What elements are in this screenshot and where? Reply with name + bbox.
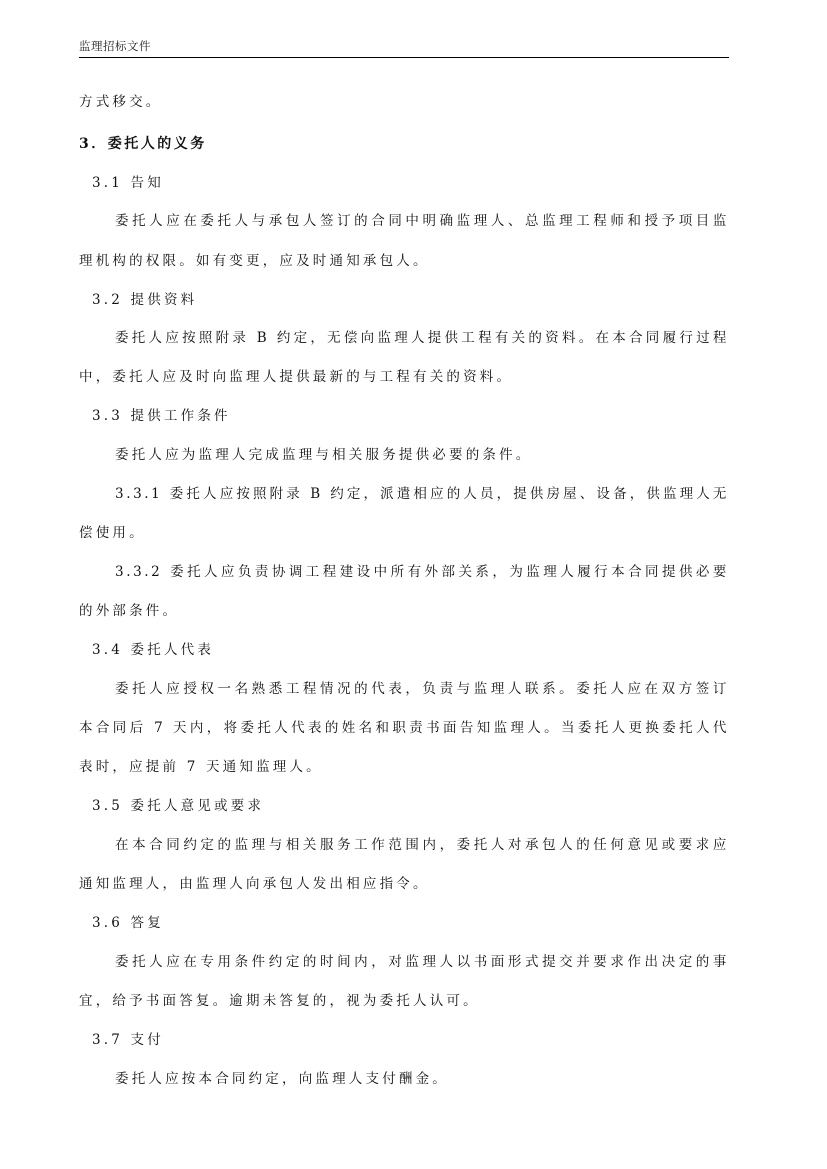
paragraph-line: 委托人应按本合同约定，向监理人支付酬金。 — [115, 1070, 449, 1088]
paragraph-line: 的外部条件。 — [79, 602, 179, 620]
section-heading: 3．委托人的义务 — [79, 135, 207, 153]
subsection-heading: 3.1 告知 — [92, 174, 164, 192]
subsection-heading: 3.7 支付 — [92, 1031, 164, 1049]
paragraph-line: 委托人应为监理人完成监理与相关服务提供必要的条件。 — [115, 446, 533, 464]
paragraph-line: 3.3.2 委托人应负责协调工程建设中所有外部关系，为监理人履行本合同提供必要 — [115, 563, 729, 581]
page-header: 监理招标文件 — [79, 38, 729, 54]
paragraph-line: 宜，给予书面答复。逾期未答复的，视为委托人认可。 — [79, 992, 480, 1010]
paragraph-line: 理机构的权限。如有变更，应及时通知承包人。 — [79, 252, 430, 270]
subsection-heading: 3.6 答复 — [92, 914, 164, 932]
paragraph-line: 委托人应在委托人与承包人签订的合同中明确监理人、总监理工程师和授予项目监 — [115, 212, 729, 230]
paragraph-line: 偿使用。 — [79, 524, 146, 542]
header-rule — [79, 57, 729, 58]
subsection-heading: 3.3 提供工作条件 — [92, 407, 231, 425]
header-title: 监理招标文件 — [79, 38, 729, 54]
subsection-heading: 3.2 提供资料 — [92, 291, 197, 309]
paragraph-line: 委托人应授权一名熟悉工程情况的代表，负责与监理人联系。委托人应在双方签订 — [115, 680, 729, 698]
paragraph-line: 中，委托人应及时向监理人提供最新的与工程有关的资料。 — [79, 368, 513, 386]
paragraph-line: 本合同后 7 天内，将委托人代表的姓名和职责书面告知监理人。当委托人更换委托人代 — [79, 719, 729, 737]
paragraph-line: 通知监理人，由监理人向承包人发出相应指令。 — [79, 875, 430, 893]
subsection-heading: 3.5 委托人意见或要求 — [92, 797, 264, 815]
paragraph-line: 3.3.1 委托人应按照附录 B 约定，派遣相应的人员，提供房屋、设备，供监理人… — [115, 485, 729, 503]
paragraph-line: 委托人应在专用条件约定的时间内，对监理人以书面形式提交并要求作出决定的事 — [115, 953, 729, 971]
paragraph-line: 在本合同约定的监理与相关服务工作范围内，委托人对承包人的任何意见或要求应 — [115, 836, 729, 854]
subsection-heading: 3.4 委托人代表 — [92, 641, 214, 659]
paragraph-line: 委托人应按照附录 B 约定，无偿向监理人提供工程有关的资料。在本合同履行过程 — [115, 329, 729, 347]
paragraph-line: 表时，应提前 7 天通知监理人。 — [79, 758, 323, 776]
paragraph-continuation: 方式移交。 — [79, 93, 163, 111]
